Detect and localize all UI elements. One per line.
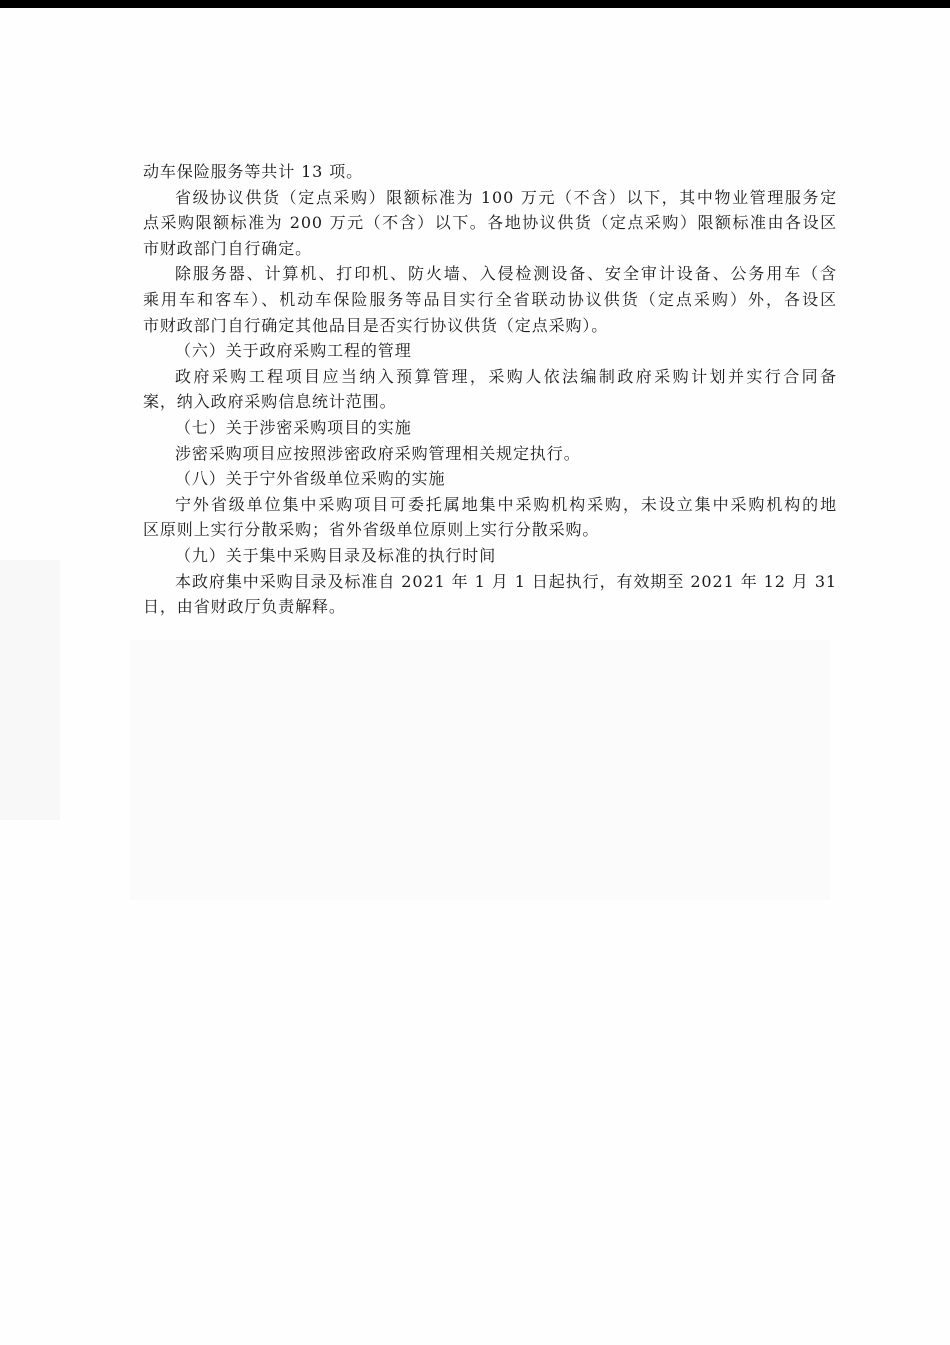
line-9: 案，纳入政府采购信息统计范围。 xyxy=(143,389,837,415)
line-11: 涉密采购项目应按照涉密政府采购管理相关规定执行。 xyxy=(143,441,837,467)
line-6: 市财政部门自行确定其他品目是否实行协议供货（定点采购）。 xyxy=(143,313,837,339)
document-body: 动车保险服务等共计 13 项。 省级协议供货（定点采购）限额标准为 100 万元… xyxy=(143,159,837,620)
section-heading-7: （七）关于涉密采购项目的实施 xyxy=(143,415,837,441)
line-1: 省级协议供货（定点采购）限额标准为 100 万元（不含）以下，其中物业管理服务定 xyxy=(143,185,837,211)
line-5: 乘用车和客车）、机动车保险服务等品目实行全省联动协议供货（定点采购）外，各设区 xyxy=(143,287,837,313)
line-3: 市财政部门自行确定。 xyxy=(143,236,837,262)
line-2: 点采购限额标准为 200 万元（不含）以下。各地协议供货（定点采购）限额标准由各… xyxy=(143,210,837,236)
line-17: 日，由省财政厅负责解释。 xyxy=(143,594,837,620)
line-14: 区原则上实行分散采购；省外省级单位原则上实行分散采购。 xyxy=(143,517,837,543)
section-heading-6: （六）关于政府采购工程的管理 xyxy=(143,338,837,364)
line-16: 本政府集中采购目录及标准自 2021 年 1 月 1 日起执行，有效期至 202… xyxy=(143,569,837,595)
scan-bleed-through-left xyxy=(0,560,60,820)
line-4: 除服务器、计算机、打印机、防火墙、入侵检测设备、安全审计设备、公务用车（含 xyxy=(143,261,837,287)
line-13: 宁外省级单位集中采购项目可委托属地集中采购机构采购，未设立集中采购机构的地 xyxy=(143,492,837,518)
line-0: 动车保险服务等共计 13 项。 xyxy=(143,159,837,185)
section-heading-9: （九）关于集中采购目录及标准的执行时间 xyxy=(143,543,837,569)
scan-top-border xyxy=(0,0,950,8)
scan-bleed-through-center xyxy=(130,640,830,900)
section-heading-8: （八）关于宁外省级单位采购的实施 xyxy=(143,466,837,492)
line-8: 政府采购工程项目应当纳入预算管理，采购人依法编制政府采购计划并实行合同备 xyxy=(143,364,837,390)
